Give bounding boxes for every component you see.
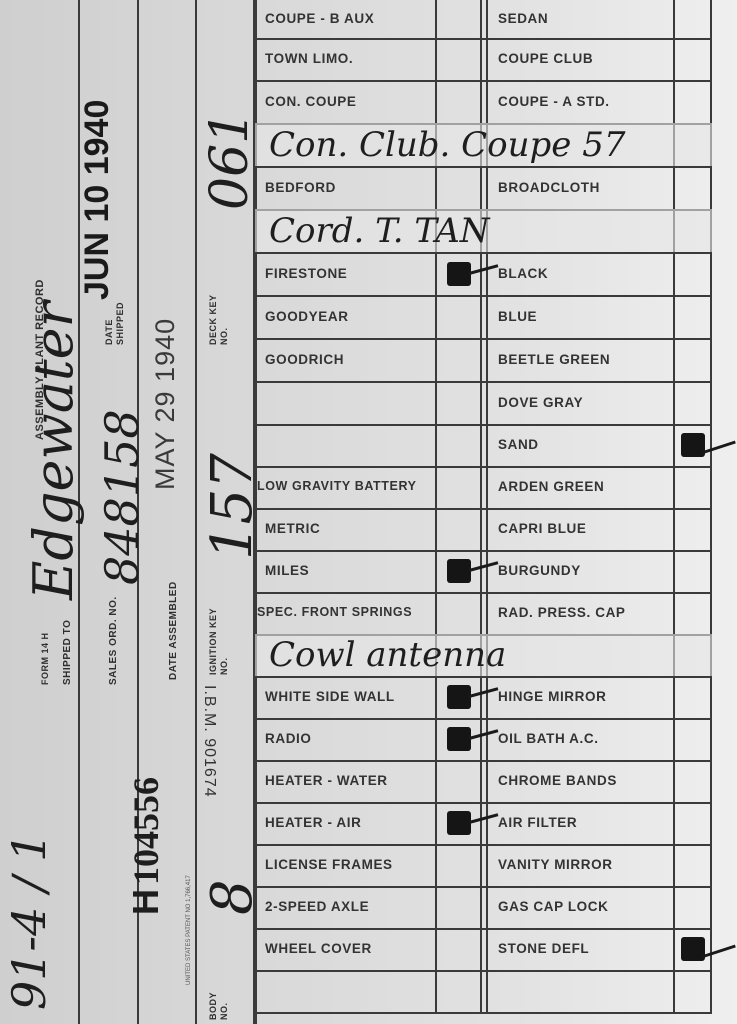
checkbox-left[interactable] xyxy=(437,844,480,886)
checkbox-left[interactable] xyxy=(437,760,480,802)
option-label-left: MILES xyxy=(265,563,309,578)
checkbox-right[interactable] xyxy=(675,38,711,80)
checkbox-left[interactable] xyxy=(437,338,480,381)
check-mark-icon xyxy=(447,262,471,286)
table-row: Con. Club. Coupe 57 xyxy=(255,123,712,166)
checkbox-right[interactable] xyxy=(675,424,711,466)
shipped-to-value: Edgewater xyxy=(22,302,85,600)
option-label-right: BEETLE GREEN xyxy=(498,352,610,367)
option-label-right: GAS CAP LOCK xyxy=(498,899,608,914)
table-row: WHEEL COVERSTONE DEFL xyxy=(255,928,712,970)
checkbox-right[interactable] xyxy=(675,295,711,338)
table-row xyxy=(255,970,712,1012)
checkbox-right[interactable] xyxy=(675,80,711,123)
deck-key-no-label: DECK KEY NO. xyxy=(208,285,230,345)
table-row: DOVE GRAY xyxy=(255,381,712,424)
checkbox-left[interactable] xyxy=(437,80,480,123)
checkbox-right[interactable] xyxy=(675,676,711,718)
table-row: LOW GRAVITY BATTERYARDEN GREEN xyxy=(255,466,712,508)
option-label-left: SPEC. FRONT SPRINGS xyxy=(257,605,412,619)
checkbox-left[interactable] xyxy=(437,970,480,1012)
option-label-right: CHROME BANDS xyxy=(498,773,617,788)
checkbox-right[interactable] xyxy=(675,550,711,592)
check-stroke-icon xyxy=(469,813,499,824)
option-label-left: COUPE - B AUX xyxy=(265,11,374,26)
option-label-right: AIR FILTER xyxy=(498,815,577,830)
option-label-right: OIL BATH A.C. xyxy=(498,731,599,746)
option-label-right: BLACK xyxy=(498,266,548,281)
serial-number: H104556 xyxy=(125,777,167,915)
checkbox-left[interactable] xyxy=(437,252,480,295)
option-label-right: SAND xyxy=(498,437,539,452)
checkbox-left[interactable] xyxy=(437,802,480,844)
check-mark-icon xyxy=(681,937,705,961)
option-label-left: TOWN LIMO. xyxy=(265,51,353,66)
option-label-left: HEATER - WATER xyxy=(265,773,388,788)
option-label-left: LICENSE FRAMES xyxy=(265,857,393,872)
sales-ord-no-label: SALES ORD. NO. xyxy=(108,596,119,685)
checkbox-left[interactable] xyxy=(437,0,480,38)
checkbox-left[interactable] xyxy=(437,928,480,970)
option-label-right: COUPE CLUB xyxy=(498,51,593,66)
checkbox-right[interactable] xyxy=(675,760,711,802)
check-mark-icon xyxy=(447,727,471,751)
checkbox-left[interactable] xyxy=(437,550,480,592)
table-row: Cowl antenna xyxy=(255,634,712,676)
check-mark-icon xyxy=(447,685,471,709)
handwritten-entry: Con. Club. Coupe 57 xyxy=(269,123,626,167)
checkbox-right[interactable] xyxy=(675,166,711,209)
option-label-left: LOW GRAVITY BATTERY xyxy=(257,479,417,493)
table-row: GOODRICHBEETLE GREEN xyxy=(255,338,712,381)
table-row: FIRESTONEBLACK xyxy=(255,252,712,295)
form-code: FORM 14 H xyxy=(40,632,50,685)
date-assembled-value: MAY 29 1940 xyxy=(150,318,181,490)
table-row: COUPE - B AUXSEDAN xyxy=(255,0,712,38)
checkbox-right[interactable] xyxy=(675,508,711,550)
option-label-left: GOODYEAR xyxy=(265,309,349,324)
option-label-right: ARDEN GREEN xyxy=(498,479,604,494)
divider xyxy=(195,0,197,1024)
checkbox-right[interactable] xyxy=(675,886,711,928)
checkbox-right[interactable] xyxy=(675,802,711,844)
table-row: HEATER - AIRAIR FILTER xyxy=(255,802,712,844)
date-shipped-stamp: JUN 10 1940 xyxy=(78,100,117,300)
checkbox-right[interactable] xyxy=(675,844,711,886)
check-mark-icon xyxy=(681,433,705,457)
grid-line xyxy=(255,1012,712,1014)
options-grid: COUPE - B AUXSEDANTOWN LIMO.COUPE CLUBCO… xyxy=(255,0,715,1024)
check-stroke-icon xyxy=(469,561,499,572)
checkbox-left[interactable] xyxy=(437,592,480,634)
checkbox-right[interactable] xyxy=(675,718,711,760)
checkbox-left[interactable] xyxy=(437,466,480,508)
option-label-left: WHEEL COVER xyxy=(265,941,372,956)
check-stroke-icon xyxy=(703,441,736,454)
checkbox-left[interactable] xyxy=(437,718,480,760)
option-label-right: COUPE - A STD. xyxy=(498,94,610,109)
table-row: SAND xyxy=(255,424,712,466)
patent-text: UNITED STATES PATENT NO 1,766,417 xyxy=(186,875,192,985)
date-assembled-label: DATE ASSEMBLED xyxy=(168,581,179,680)
table-row: CON. COUPECOUPE - A STD. xyxy=(255,80,712,123)
assembly-plant-record-card: ASSEMBLY PLANT RECORD FORM 14 H SHIPPED … xyxy=(0,0,737,1024)
checkbox-left[interactable] xyxy=(437,508,480,550)
checkbox-right[interactable] xyxy=(675,252,711,295)
checkbox-left[interactable] xyxy=(437,424,480,466)
checkbox-right[interactable] xyxy=(675,466,711,508)
option-label-right: BURGUNDY xyxy=(498,563,581,578)
option-label-left: 2-SPEED AXLE xyxy=(265,899,369,914)
checkbox-right[interactable] xyxy=(675,592,711,634)
option-label-right: BROADCLOTH xyxy=(498,180,600,195)
checkbox-left[interactable] xyxy=(437,166,480,209)
option-label-right: RAD. PRESS. CAP xyxy=(498,605,626,620)
option-label-left: METRIC xyxy=(265,521,320,536)
option-label-left: BEDFORD xyxy=(265,180,336,195)
option-label-left: HEATER - AIR xyxy=(265,815,361,830)
check-mark-icon xyxy=(447,559,471,583)
option-label-right: CAPRI BLUE xyxy=(498,521,587,536)
table-row: LICENSE FRAMESVANITY MIRROR xyxy=(255,844,712,886)
table-row: 2-SPEED AXLEGAS CAP LOCK xyxy=(255,886,712,928)
checkbox-left[interactable] xyxy=(437,886,480,928)
check-stroke-icon xyxy=(703,945,736,958)
checkbox-left[interactable] xyxy=(437,38,480,80)
check-stroke-icon xyxy=(469,729,499,740)
checkbox-left[interactable] xyxy=(437,381,480,424)
option-label-right: HINGE MIRROR xyxy=(498,689,606,704)
option-label-left: CON. COUPE xyxy=(265,94,357,109)
ignition-key-no-label: IGNITION KEY NO. xyxy=(208,605,230,675)
option-label-right: SEDAN xyxy=(498,11,548,26)
option-label-right: STONE DEFL xyxy=(498,941,589,956)
sales-ord-no-value: 848158 xyxy=(95,409,149,585)
date-shipped-label: DATE SHIPPED xyxy=(104,295,126,345)
shipped-to-label: SHIPPED TO xyxy=(62,620,73,685)
table-row: WHITE SIDE WALLHINGE MIRROR xyxy=(255,676,712,718)
check-stroke-icon xyxy=(469,264,499,275)
serial-prefix: H xyxy=(125,889,166,915)
table-row: RADIOOIL BATH A.C. xyxy=(255,718,712,760)
option-label-left: FIRESTONE xyxy=(265,266,347,281)
table-row: Cord. T. TAN xyxy=(255,209,712,252)
option-label-left: GOODRICH xyxy=(265,352,344,367)
table-row: SPEC. FRONT SPRINGSRAD. PRESS. CAP xyxy=(255,592,712,634)
checkbox-right[interactable] xyxy=(675,338,711,381)
checkbox-left[interactable] xyxy=(437,676,480,718)
handwritten-entry: Cowl antenna xyxy=(269,633,506,677)
table-row: GOODYEARBLUE xyxy=(255,295,712,338)
handwritten-entry: Cord. T. TAN xyxy=(269,209,490,253)
table-row: TOWN LIMO.COUPE CLUB xyxy=(255,38,712,80)
option-label-left: WHITE SIDE WALL xyxy=(265,689,395,704)
checkbox-right[interactable] xyxy=(675,381,711,424)
option-label-right: VANITY MIRROR xyxy=(498,857,613,872)
table-row: BEDFORDBROADCLOTH xyxy=(255,166,712,209)
table-row: HEATER - WATERCHROME BANDS xyxy=(255,760,712,802)
ibm-number: I.B.M. 901674 xyxy=(200,685,218,798)
checkbox-right[interactable] xyxy=(675,928,711,970)
serial-value: 104556 xyxy=(126,777,166,885)
checkbox-right[interactable] xyxy=(675,0,711,38)
table-row: METRICCAPRI BLUE xyxy=(255,508,712,550)
table-row: MILESBURGUNDY xyxy=(255,550,712,592)
option-label-right: DOVE GRAY xyxy=(498,395,583,410)
checkbox-left[interactable] xyxy=(437,295,480,338)
checkbox-right[interactable] xyxy=(675,970,711,1012)
check-mark-icon xyxy=(447,811,471,835)
option-label-right: BLUE xyxy=(498,309,537,324)
handwritten-code: 91-4 / 1 xyxy=(2,833,56,1010)
body-no-label: BODY NO. xyxy=(208,980,230,1020)
deck-key-no-value: 061 xyxy=(200,111,260,210)
option-label-left: RADIO xyxy=(265,731,312,746)
check-stroke-icon xyxy=(469,687,499,698)
